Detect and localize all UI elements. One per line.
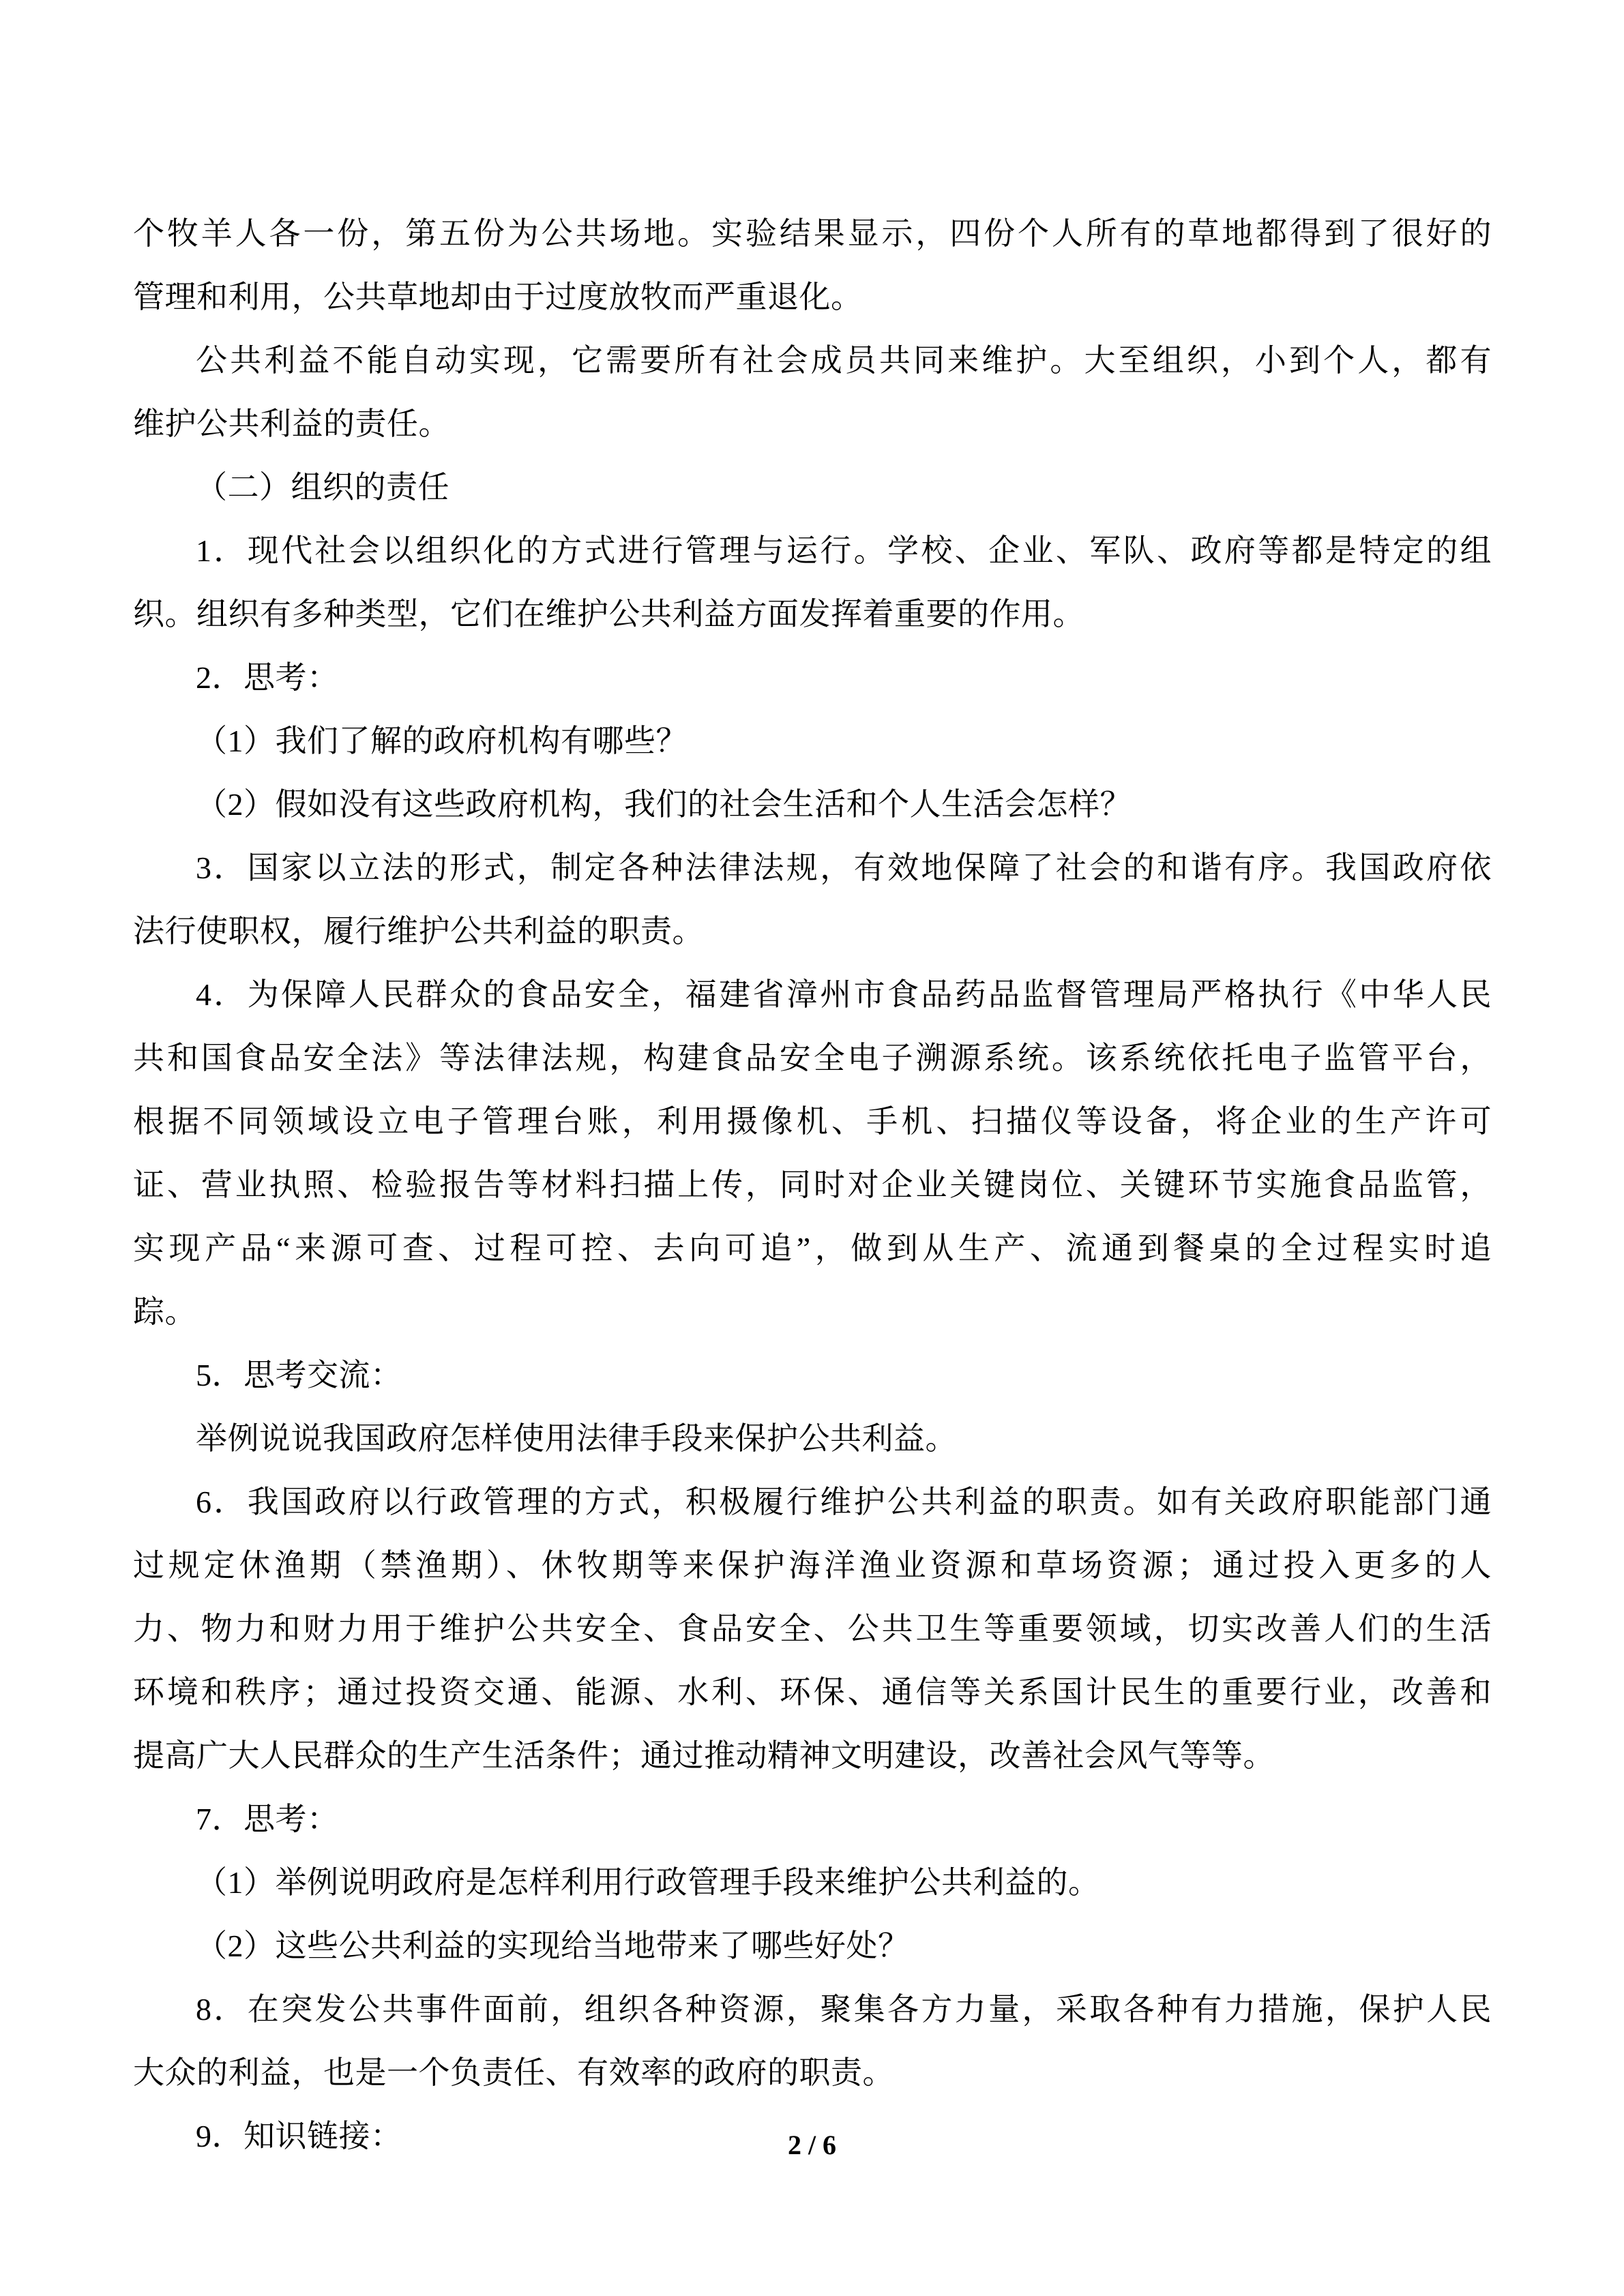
text-line: 根据不同领域设立电子管理台账，利用摄像机、手机、扫描仪等设备，将企业的生产许可 [133, 1090, 1492, 1153]
text-line: 实现产品“来源可查、过程可控、去向可追”，做到从生产、流通到餐桌的全过程实时追 [133, 1217, 1492, 1280]
text-line: 7．思考： [133, 1787, 1492, 1851]
text-line: 公共利益不能自动实现，它需要所有社会成员共同来维护。大至组织，小到个人，都有 [133, 329, 1492, 392]
text-line: 踪。 [133, 1280, 1492, 1343]
text-line: 5．思考交流： [133, 1343, 1492, 1407]
text-line: 证、营业执照、检验报告等材料扫描上传，同时对企业关键岗位、关键环节实施食品监管， [133, 1153, 1492, 1217]
text-line: （二）组织的责任 [133, 456, 1492, 519]
text-line: （2）假如没有这些政府机构，我们的社会生活和个人生活会怎样？ [133, 773, 1492, 836]
text-line: 法行使职权，履行维护公共利益的职责。 [133, 899, 1492, 963]
text-line: 1．现代社会以组织化的方式进行管理与运行。学校、企业、军队、政府等都是特定的组 [133, 519, 1492, 582]
text-line: 环境和秩序；通过投资交通、能源、水利、环保、通信等关系国计民生的重要行业，改善和 [133, 1660, 1492, 1724]
text-line: 维护公共利益的责任。 [133, 392, 1492, 456]
text-line: 6．我国政府以行政管理的方式，积极履行维护公共利益的职责。如有关政府职能部门通 [133, 1470, 1492, 1534]
document-body: 个牧羊人各一份，第五份为公共场地。实验结果显示，四份个人所有的草地都得到了很好的… [133, 202, 1492, 2168]
text-line: 织。组织有多种类型，它们在维护公共利益方面发挥着重要的作用。 [133, 582, 1492, 646]
text-line: 4．为保障人民群众的食品安全，福建省漳州市食品药品监督管理局严格执行《中华人民 [133, 963, 1492, 1026]
text-line: 8．在突发公共事件面前，组织各种资源，聚集各方力量，采取各种有力措施，保护人民 [133, 1978, 1492, 2041]
document-page: 个牧羊人各一份，第五份为公共场地。实验结果显示，四份个人所有的草地都得到了很好的… [0, 0, 1624, 2296]
text-line: 大众的利益，也是一个负责任、有效率的政府的职责。 [133, 2041, 1492, 2104]
page-number-text: 2 / 6 [788, 2130, 836, 2160]
page-number: 2 / 6 [0, 2129, 1624, 2162]
text-line: 3．国家以立法的形式，制定各种法律法规，有效地保障了社会的和谐有序。我国政府依 [133, 836, 1492, 899]
text-line: 力、物力和财力用于维护公共安全、食品安全、公共卫生等重要领域，切实改善人们的生活 [133, 1597, 1492, 1660]
text-line: （1）我们了解的政府机构有哪些？ [133, 709, 1492, 773]
text-line: 过规定休渔期（禁渔期）、休牧期等来保护海洋渔业资源和草场资源；通过投入更多的人 [133, 1534, 1492, 1597]
text-line: 管理和利用，公共草地却由于过度放牧而严重退化。 [133, 265, 1492, 329]
text-line: （2）这些公共利益的实现给当地带来了哪些好处？ [133, 1914, 1492, 1978]
text-line: 个牧羊人各一份，第五份为公共场地。实验结果显示，四份个人所有的草地都得到了很好的 [133, 202, 1492, 265]
text-line: 提高广大人民群众的生产生活条件；通过推动精神文明建设，改善社会风气等等。 [133, 1724, 1492, 1787]
text-line: 举例说说我国政府怎样使用法律手段来保护公共利益。 [133, 1407, 1492, 1470]
text-line: 2．思考： [133, 646, 1492, 709]
text-line: 共和国食品安全法》等法律法规，构建食品安全电子溯源系统。该系统依托电子监管平台， [133, 1026, 1492, 1090]
text-line: （1）举例说明政府是怎样利用行政管理手段来维护公共利益的。 [133, 1851, 1492, 1914]
